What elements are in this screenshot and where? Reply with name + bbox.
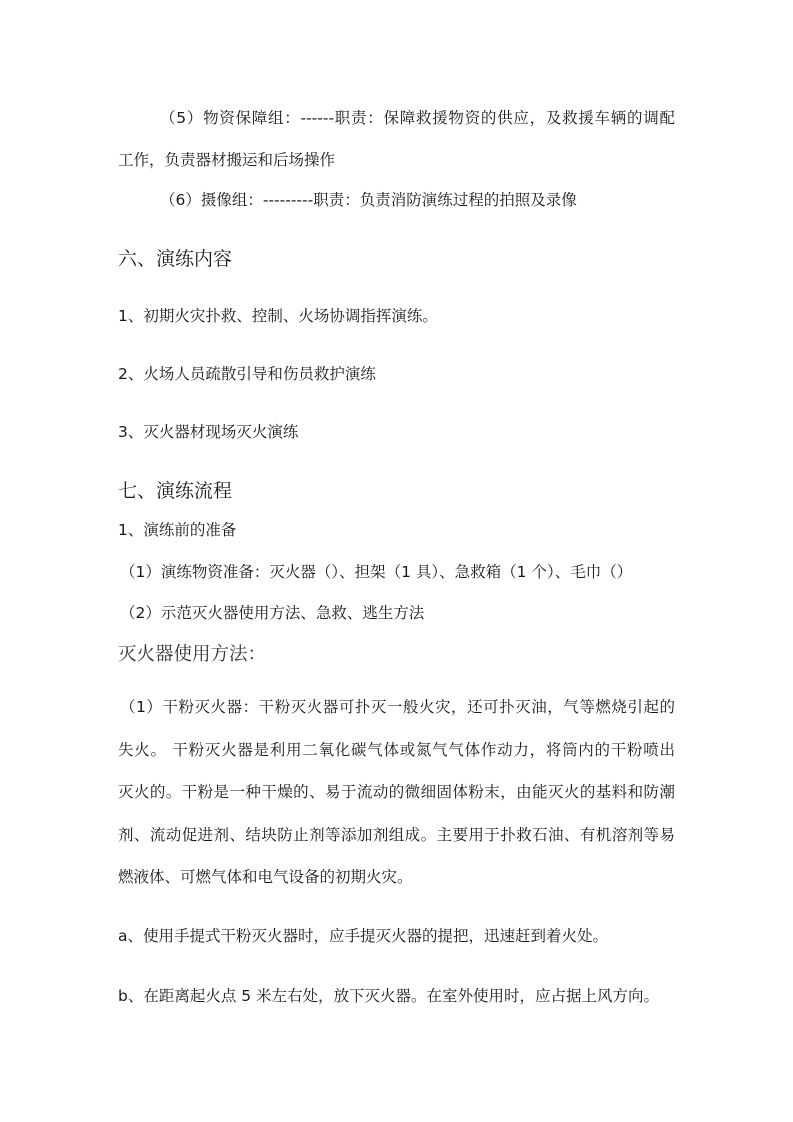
section7-sub1: 1、演练前的准备: [118, 520, 236, 540]
step-b: b、在距离起火点 5 米左右处，放下灭火器。在室外使用时，应占据上风方向。: [118, 986, 659, 1006]
prep-item-1: （1）演练物资准备：灭火器（）、担架（1 具）、急救箱（1 个）、毛巾（）: [120, 562, 632, 582]
section7-heading: 七、演练流程: [118, 479, 232, 503]
prep-item-2: （2）示范灭火器使用方法、急救、逃生方法: [120, 603, 424, 623]
dry-powder-line-1: （1）干粉灭火器：干粉灭火器可扑灭一般火灾，还可扑灭油，气等燃烧引起的: [120, 697, 675, 717]
team6-duty: （6）摄像组：---------职责：负责消防演练过程的拍照及录像: [160, 190, 577, 210]
section6-heading: 六、演练内容: [118, 247, 232, 271]
dry-powder-line-3: 灭火的。干粉是一种干燥的、易于流动的微细固体粉末，由能灭火的基料和防潮: [118, 782, 675, 802]
team5-duty-line1: （5）物资保障组：------职责：保障救援物资的供应，及救援车辆的调配: [160, 108, 675, 128]
section6-item-3: 3、灭火器材现场灭火演练: [118, 422, 298, 442]
team5-duty-line2: 工作，负责器材搬运和后场操作: [118, 150, 335, 170]
dry-powder-line-2: 失火。 干粉灭火器是利用二氧化碳气体或氮气气体作动力，将筒内的干粉喷出: [118, 740, 675, 760]
extinguisher-method-title: 灭火器使用方法：: [118, 643, 266, 667]
dry-powder-line-4: 剂、流动促进剂、结块防止剂等添加剂组成。主要用于扑救石油、有机溶剂等易: [118, 825, 675, 845]
step-a: a、使用手提式干粉灭火器时，应手提灭火器的提把，迅速赶到着火处。: [118, 926, 608, 946]
section6-item-2: 2、火场人员疏散引导和伤员救护演练: [118, 364, 376, 384]
section6-item-1: 1、初期火灾扑救、控制、火场协调指挥演练。: [118, 306, 438, 326]
dry-powder-line-5: 燃液体、可燃气体和电气设备的初期火灾。: [118, 867, 413, 887]
